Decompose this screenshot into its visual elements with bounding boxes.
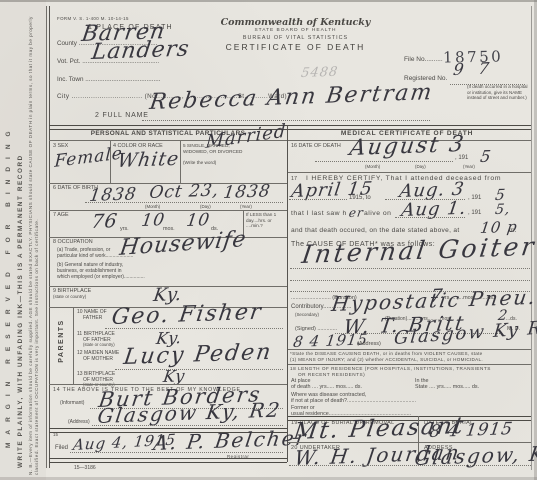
- attended-from-join: 1915, to: [349, 195, 371, 201]
- last-saw-text-2: alive on: [364, 210, 391, 217]
- dob-monthday-value: Oct 23,: [148, 180, 221, 203]
- date-of-burial-value: 8 4 1915: [428, 419, 514, 442]
- in-the-label-2: State .... yrs..... mos..... ds.: [415, 384, 479, 390]
- race-marital-divider: [180, 140, 181, 183]
- state-board-heading: STATE BOARD OF HEALTH: [213, 28, 378, 33]
- occupation-b3-label: which employed (or employer)............…: [57, 274, 145, 280]
- signed-address-label: (Address): [357, 341, 381, 347]
- age-label: 7 AGE: [53, 212, 69, 218]
- registered-no-value: 9 7: [452, 58, 495, 79]
- mother-maiden-label-2: OF MOTHER: [83, 356, 113, 362]
- inc-town-label: Inc. Town ..............................…: [57, 76, 160, 83]
- left-column-bottom-rule: [49, 458, 287, 463]
- marital-sub-label: (Write the word): [183, 160, 216, 165]
- date-of-death-line: [315, 161, 453, 162]
- pencil-mark: 5488: [300, 65, 339, 81]
- registrar-signature-value: A. P. Belcher: [152, 426, 309, 455]
- informant-address-value: Glasgow Ky, R2: [96, 397, 283, 428]
- filed-line: [70, 452, 283, 453]
- date-of-death-value: August 3: [348, 132, 467, 161]
- father-name-line: [105, 328, 283, 329]
- birthplace-sub-label: (state or country): [53, 294, 86, 299]
- violent-note-line-1: *State the DISEASE CAUSING DEATH, or in …: [290, 351, 483, 356]
- at-place-label-2: of death .... yrs..... mos..... ds.: [291, 384, 362, 390]
- filed-item-no: 15: [53, 432, 58, 437]
- last-saw-year-value: 5,: [494, 201, 512, 218]
- rule-above-violent-note: [288, 349, 531, 350]
- dob-line: [85, 202, 283, 203]
- margin-binding-label: MARGIN RESERVED FOR BINDING: [5, 20, 12, 448]
- informant-address-line: [92, 425, 283, 426]
- sex-label: 3 SEX: [53, 143, 68, 149]
- attended-to-year-printed: , 191: [468, 195, 481, 201]
- occupation-label: 8 OCCUPATION: [53, 239, 93, 245]
- filed-label: Filed: [55, 445, 68, 451]
- bureau-heading: BUREAU OF VITAL STATISTICS: [213, 35, 378, 41]
- parents-divider: [73, 307, 74, 384]
- voting-precinct-value: Landers: [90, 36, 191, 65]
- cause-line-1: [290, 268, 530, 269]
- occupation-value: Housewife: [118, 227, 248, 261]
- last-saw-line: [395, 217, 465, 218]
- dob-year-sub: (Year): [240, 204, 252, 209]
- undertaker-line: [289, 465, 531, 466]
- if-less-than-label: If LESS than 1 day....hrs. or ....min.?: [246, 212, 286, 229]
- violent-note-line-2: (1) MEANS OF INJURY; and (2) whether ACC…: [290, 357, 483, 362]
- full-name-label: 2 FULL NAME: [95, 112, 149, 119]
- margin-nb-note: N. B.—Every item of information should b…: [28, 13, 46, 475]
- contracted-label-2: if not at place of death?...............…: [291, 398, 416, 404]
- dod-year-sub: (Year): [463, 164, 475, 169]
- age-yrs-label: yrs.: [120, 226, 129, 232]
- dod-year-value: 5: [479, 147, 493, 166]
- rule-above-age: [49, 210, 287, 211]
- margin-write-plainly-label: WRITE PLAINLY, WITH UNFADING INK—THIS IS…: [17, 20, 24, 468]
- death-occurred-text: and that death occured, on the date stat…: [291, 227, 459, 234]
- informant-label: (Informant): [60, 400, 84, 406]
- dob-day-sub: (Day): [200, 204, 211, 209]
- dob-month-sub: (Month): [145, 204, 160, 209]
- cause-of-death-value: Internal Goiter: [300, 232, 537, 269]
- dod-day-sub: (Day): [415, 164, 426, 169]
- residence-heading-1: 18 LENGTH OF RESIDENCE (FOR HOSPITALS, I…: [290, 366, 491, 371]
- mother-maiden-line: [115, 369, 283, 370]
- form-border-left-outer: [46, 6, 47, 468]
- certificate-title: CERTIFICATE OF DEATH: [203, 42, 388, 52]
- informant-address-label: (Address): [68, 419, 90, 425]
- cause-line-2: [290, 280, 530, 281]
- last-saw-er: er: [348, 205, 365, 220]
- mother-maiden-value: Lucy Peden: [122, 340, 274, 370]
- residence-heading-2: OR RECENT RESIDENTS): [298, 372, 365, 377]
- color-race-value: White: [116, 148, 181, 172]
- dob-year2-value: 1838: [222, 181, 272, 203]
- rule-above-certify: [288, 172, 531, 173]
- secondary-label: (Secondary): [295, 312, 319, 317]
- attended-line: [289, 199, 347, 200]
- commonwealth-heading: Commonwealth of Kentucky: [213, 17, 378, 28]
- plate-number: 15—3186: [74, 465, 96, 471]
- last-saw-year-printed: , 191: [468, 210, 481, 216]
- dod-year-printed: , 191: [455, 155, 468, 161]
- full-name-value: Rebecca Ann Bertram: [148, 80, 435, 115]
- rule-above-residence: [288, 364, 531, 365]
- hospital-note: (If death occurred in a hospital or inst…: [467, 84, 529, 101]
- file-no-label: File No..........: [404, 56, 443, 63]
- age-years-value: 76: [90, 210, 119, 233]
- column-divider: [287, 125, 288, 462]
- dod-month-sub: (Month): [365, 164, 380, 169]
- parents-side-label: PARENTS: [58, 310, 65, 372]
- father-name-label-2: FATHER: [83, 315, 102, 321]
- father-birthplace-sub: (state or country): [83, 342, 115, 347]
- age-days-value: 10: [185, 210, 211, 231]
- father-name-value: Geo. Fisher: [110, 300, 264, 330]
- last-saw-text: that I last saw h: [291, 210, 347, 217]
- scan-edge-top: [0, 0, 537, 2]
- date-of-death-label: 16 DATE OF DEATH: [291, 143, 341, 149]
- registered-no-label: Registered No.: [404, 75, 447, 82]
- death-certificate-scan: MARGIN RESERVED FOR BINDING WRITE PLAINL…: [0, 0, 537, 480]
